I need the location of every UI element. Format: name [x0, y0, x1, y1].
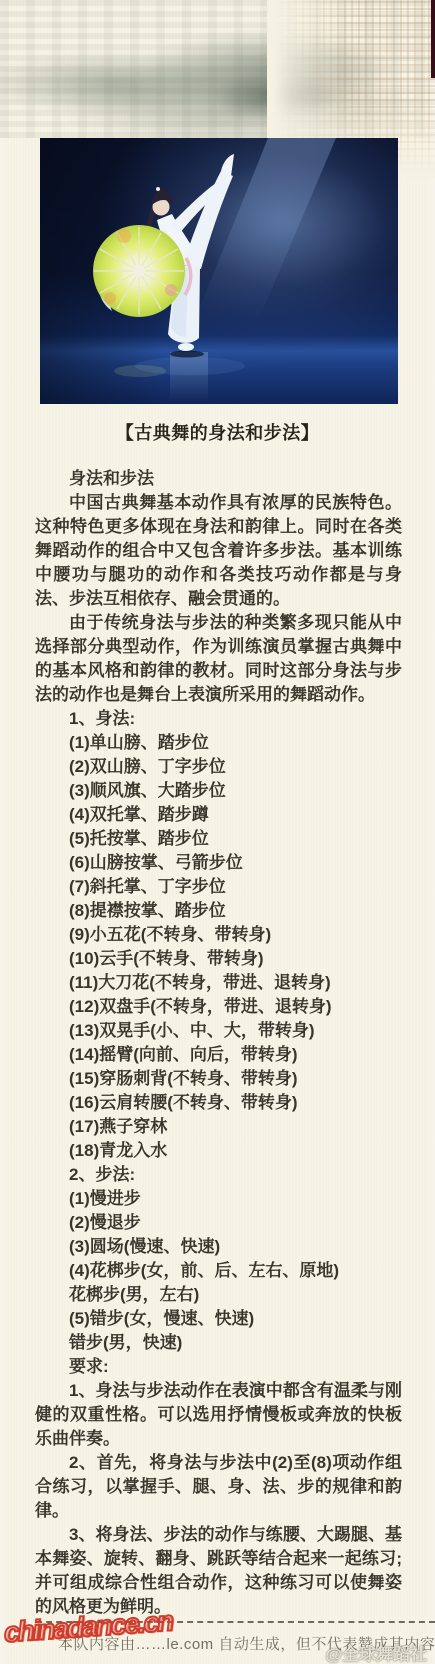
folding-fan	[93, 225, 185, 317]
weibo-author-watermark: @全球舞蹈社	[325, 1640, 427, 1664]
article-paragraph: 2、首先，将身法与步法中(2)至(8)项动作组合练习，以掌握手、腿、身、法、步的…	[35, 1451, 402, 1523]
list-item: 错步(男，快速)	[35, 1331, 402, 1355]
article-paragraph: 3、将身法、步法的动作与练腰、大踢腿、基本舞姿、旋转、翻身、跳跃等结合起来一起练…	[35, 1523, 402, 1619]
list-item: (18)青龙入水	[35, 1139, 402, 1163]
hair-ornament	[156, 187, 160, 191]
list-item: (14)摇臂(向前、向后，带转身)	[35, 1043, 402, 1067]
list-item: (4)双托掌、踏步蹲	[35, 803, 402, 827]
foot-shadow	[170, 351, 204, 358]
dancer-reflection	[170, 352, 208, 402]
list-item: (10)云手(不转身、带转身)	[35, 947, 402, 971]
list-item: (12)双盘手(不转身，带进、退转身)	[35, 995, 402, 1019]
list-item: (1)单山膀、踏步位	[35, 731, 402, 755]
list-item: (5)错步(女，慢速、快速)	[35, 1307, 402, 1331]
list-item: (11)大刀花(不转身，带进、退转身)	[35, 971, 402, 995]
list-item: (2)双山膀、丁字步位	[35, 755, 402, 779]
standing-foot	[178, 343, 194, 351]
section-heading: 2、步法:	[35, 1163, 402, 1187]
list-item: (6)山膀按掌、弓箭步位	[35, 851, 402, 875]
list-item: (2)慢退步	[35, 1211, 402, 1235]
section-heading: 要求:	[35, 1355, 402, 1379]
article-paragraph: 1、身法与步法动作在表演中都含有温柔与刚健的双重性格。可以选用抒情慢板或奔放的快…	[35, 1379, 402, 1451]
list-item: (16)云肩转腰(不转身、带转身)	[35, 1091, 402, 1115]
section-heading: 1、身法:	[35, 707, 402, 731]
dancer-figure	[40, 138, 398, 404]
list-item: (7)斜托掌、丁字步位	[35, 875, 402, 899]
list-item: (5)托按掌、踏步位	[35, 827, 402, 851]
fan-reflection	[114, 365, 166, 377]
article-body: 身法和步法 中国古典舞基本动作具有浓厚的民族特色。这种特色更多体现在身法和韵律上…	[35, 467, 402, 1619]
dancer-photo	[40, 138, 398, 404]
list-item: (8)提襟按掌、踏步位	[35, 899, 402, 923]
list-item: (13)双晃手(小、中、大，带转身)	[35, 1019, 402, 1043]
article-paragraph: 由于传统身法与步法的种类繁多现只能从中选择部分典型动作，作为训练演员掌握古典舞中…	[35, 611, 402, 707]
list-item: (15)穿肠刺背(不转身、带转身)	[35, 1067, 402, 1091]
list-item: (4)花梆步(女，前、后、左右、原地)	[35, 1259, 402, 1283]
list-item: (17)燕子穿林	[35, 1115, 402, 1139]
article-paragraph: 中国古典舞基本动作具有浓厚的民族特色。这种特色更多体现在身法和韵律上。同时在各类…	[35, 491, 402, 611]
list-item: 花梆步(男，左右)	[35, 1283, 402, 1307]
list-item: (3)圆场(慢速、快速)	[35, 1235, 402, 1259]
article-title: 【古典舞的身法和步法】	[0, 419, 435, 445]
dark-corner-strip	[431, 0, 435, 78]
article-long-image: 【古典舞的身法和步法】 身法和步法 中国古典舞基本动作具有浓厚的民族特色。这种特…	[0, 0, 435, 1664]
list-item: (1)慢进步	[35, 1187, 402, 1211]
list-item: (9)小五花(不转身、带转身)	[35, 923, 402, 947]
list-item: (3)顺风旗、大踏步位	[35, 779, 402, 803]
article-heading: 身法和步法	[35, 467, 402, 491]
